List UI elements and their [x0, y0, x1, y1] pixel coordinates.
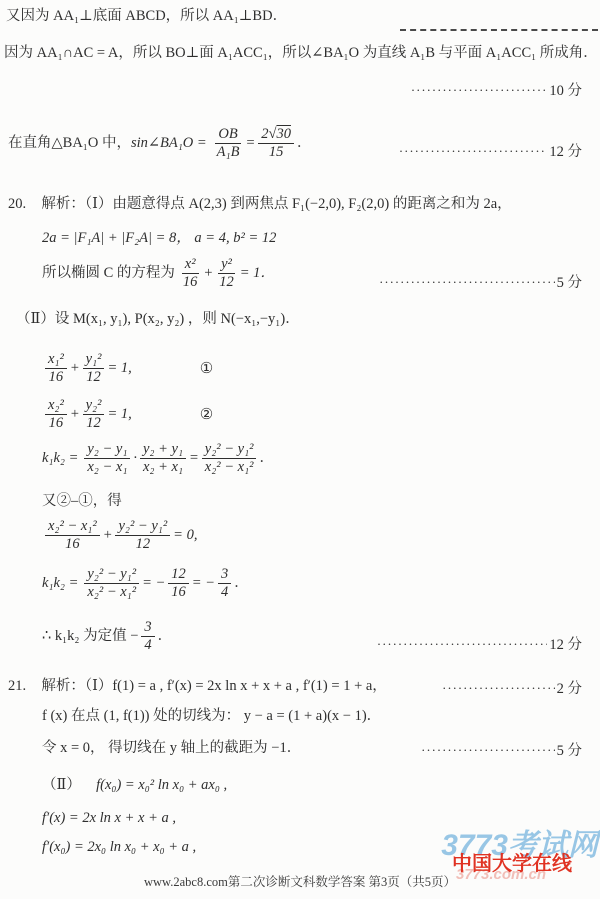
slope-value-line: k₁k₂ = y₂² − y₁² x₂² − x₁² = − 12 16 = −…	[42, 566, 249, 602]
subtract-equations-line: 又②–①，得	[42, 492, 122, 512]
part-label: （Ⅱ）	[42, 777, 81, 793]
sine-formula-line: 在直角△BA₁O 中， sin∠BA₁O = OB A₁B = 2√30 15 …	[8, 126, 311, 162]
score-leader-5: ........................................…	[380, 271, 582, 292]
fraction: y² 12	[216, 256, 237, 292]
text-run: 在直角△BA₁O 中，	[8, 134, 131, 154]
fraction: OB A₁B	[214, 126, 243, 162]
score-label: 12 分	[549, 144, 582, 160]
fraction-denominator: 16	[46, 415, 67, 432]
fraction-numerator: y₂ − y₁	[84, 441, 130, 459]
fraction-numerator: OB	[215, 126, 240, 144]
fraction: 3 4	[218, 566, 231, 602]
score-label: 10 分	[549, 83, 582, 99]
circled-number-2: ②	[200, 405, 213, 425]
fraction-numerator: 12	[168, 566, 189, 584]
circled-number-1: ①	[200, 359, 213, 379]
period: ．	[234, 574, 249, 594]
proof-line-2: 因为 AA₁∩AC = A，所以 BO⊥面 A₁ACC₁，所以∠BA₁O 为直线…	[4, 44, 598, 64]
score-label: 5 分	[557, 743, 582, 759]
equation-1-line: x₁² 16 + y₁² 12 = 1, ①	[42, 351, 213, 387]
fraction-denominator: x₂ − x₁	[84, 459, 130, 476]
score-leader-2: ........................................…	[443, 677, 582, 698]
fraction: y₂² − y₁² 12	[115, 518, 170, 554]
conclusion-line: ∴ k₁k₂ 为定值 − 3 4 ．	[42, 619, 172, 655]
score-leader-5b: ........................................…	[422, 739, 582, 760]
fraction-denominator: 4	[218, 584, 231, 601]
text-run: 所以椭圆 C 的方程为	[42, 264, 175, 284]
part-2-setup-line: （Ⅱ）设 M(x₁, y₁), P(x₂, y₂) ，则 N(−x₁,−y₁)．	[16, 310, 300, 330]
fraction: y₂ + y₁ x₂ + x₁	[140, 441, 186, 477]
problem-number: 21.	[8, 678, 26, 694]
score-leader-12b: ........................................…	[377, 633, 582, 654]
fraction-numerator: x₂²	[45, 397, 67, 415]
problem-number: 20.	[8, 196, 26, 212]
proof-line-1: 又因为 AA₁⊥底面 ABCD，所以 AA₁⊥BD．	[6, 7, 287, 27]
plus-sign: +	[70, 359, 80, 379]
fraction-numerator: y₂² − y₁²	[202, 441, 257, 459]
math-run: k₁k₂ =	[42, 574, 78, 594]
part-2-function-line: （Ⅱ） f(x₀) = x₀² ln x₀ + ax₀ ,	[42, 776, 227, 796]
fraction-denominator: 4	[141, 637, 154, 654]
page-footer: www.2abc8.com第二次诊断文科数学答案 第3页（共5页）	[0, 872, 600, 890]
dot-leader: ........................................…	[411, 79, 547, 95]
math-run: k₁k₂ =	[42, 449, 78, 469]
fraction: y₁² 12	[83, 351, 105, 387]
score-label: 12 分	[549, 637, 582, 653]
equals-zero: = 0,	[173, 526, 197, 546]
period: ．	[158, 627, 173, 647]
fraction-denominator: x₂² − x₁²	[202, 459, 257, 476]
equals-sign: =	[189, 449, 199, 469]
plus-sign: +	[103, 526, 113, 546]
fraction-denominator: 16	[46, 369, 67, 386]
equals-sign: =	[245, 134, 255, 154]
fraction-denominator: 12	[83, 369, 104, 386]
fraction-denominator: 16	[168, 584, 189, 601]
fraction: x₂² − x₁² 16	[45, 518, 100, 554]
fraction-numerator: y²	[218, 256, 235, 274]
equals-one: = 1．	[240, 264, 275, 284]
solution-text: 解析：（Ⅰ）由题意得点 A(2,3) 到两焦点 F₁(−2,0), F₂(2,0…	[41, 196, 511, 212]
fraction-denominator: 12	[133, 536, 154, 553]
fraction-denominator: 15	[266, 144, 287, 161]
equals-minus: = −	[142, 574, 165, 594]
dot-leader: ........................................…	[377, 633, 547, 649]
equation-2a: 2a = |F₁A| + |F₂A| = 8， a = 4, b² = 12	[42, 229, 276, 249]
problem-21-line: 21. 解析：（Ⅰ）f(1) = a , f′(x) = 2x ln x + x…	[8, 677, 387, 697]
dot-leader: ........................................…	[422, 739, 555, 755]
fraction: y₂² 12	[83, 397, 105, 433]
fraction-denominator: x₂ + x₁	[140, 459, 186, 476]
fraction-numerator: y₂² − y₁²	[115, 518, 170, 536]
fraction-numerator: x₁²	[45, 351, 67, 369]
fraction-numerator: y₁²	[83, 351, 105, 369]
score-leader-10: ........................................…	[411, 79, 582, 100]
fraction: y₂² − y₁² x₂² − x₁²	[202, 441, 257, 477]
solution-text: 解析：（Ⅰ）f(1) = a , f′(x) = 2x ln x + x + a…	[41, 678, 386, 694]
tangent-line: f (x) 在点 (1, f(1)) 处的切线为： y − a = (1 + a…	[42, 707, 381, 727]
fraction-denominator: 16	[180, 274, 201, 291]
fraction-numerator: 2√30	[258, 126, 294, 144]
fraction: x₂² 16	[45, 397, 67, 433]
period: ．	[259, 449, 274, 469]
math-run: f(x₀) = x₀² ln x₀ + ax₀ ,	[96, 777, 227, 793]
fraction-denominator: A₁B	[214, 144, 243, 161]
score-leader-12: ........................................…	[399, 140, 582, 161]
problem-20-line: 20. 解析：（Ⅰ）由题意得点 A(2,3) 到两焦点 F₁(−2,0), F₂…	[8, 195, 512, 215]
fraction-numerator: y₂ + y₁	[140, 441, 186, 459]
document-page: 又因为 AA₁⊥底面 ABCD，所以 AA₁⊥BD． 因为 AA₁∩AC = A…	[0, 0, 600, 899]
fraction-numerator: y₂² − y₁²	[84, 566, 139, 584]
dot-leader: ........................................…	[399, 140, 547, 156]
fraction-numerator: 3	[141, 619, 154, 637]
dot-leader: ........................................…	[443, 677, 555, 693]
fraction-denominator: 16	[62, 536, 83, 553]
equation-2-line: x₂² 16 + y₂² 12 = 1, ②	[42, 397, 213, 433]
period: ．	[297, 134, 312, 154]
equals-one: = 1,	[107, 405, 131, 425]
fraction-numerator: x₂² − x₁²	[45, 518, 100, 536]
ellipse-equation-line: 所以椭圆 C 的方程为 x² 16 + y² 12 = 1．	[42, 256, 275, 292]
derivative-line: f′(x) = 2x ln x + x + a ,	[42, 809, 176, 829]
dot-leader: ........................................…	[380, 271, 555, 287]
fraction: x² 16	[180, 256, 201, 292]
dashed-rule	[400, 29, 598, 31]
difference-equation-line: x₂² − x₁² 16 + y₂² − y₁² 12 = 0,	[42, 518, 197, 554]
score-label: 5 分	[557, 275, 582, 291]
equals-minus: = −	[192, 574, 215, 594]
fraction-numerator: y₂²	[83, 397, 105, 415]
multiplication-dot: ·	[133, 449, 137, 469]
radical-prefix: 2√	[261, 126, 276, 142]
text-run: ∴ k₁k₂ 为定值 −	[42, 627, 138, 647]
slope-product-line: k₁k₂ = y₂ − y₁ x₂ − x₁ · y₂ + y₁ x₂ + x₁…	[42, 441, 274, 477]
intercept-line: 令 x = 0， 得切线在 y 轴上的截距为 −1．	[42, 739, 301, 759]
equals-one: = 1,	[107, 359, 131, 379]
fraction: 12 16	[168, 566, 189, 602]
fraction-denominator: x₂² − x₁²	[84, 584, 139, 601]
fraction: 3 4	[141, 619, 154, 655]
fraction-numerator: 3	[218, 566, 231, 584]
fraction: 2√30 15	[258, 126, 294, 162]
fraction: x₁² 16	[45, 351, 67, 387]
plus-sign: +	[70, 405, 80, 425]
fraction-numerator: x²	[182, 256, 199, 274]
fraction: y₂² − y₁² x₂² − x₁²	[84, 566, 139, 602]
fraction-denominator: 12	[216, 274, 237, 291]
derivative-at-x0-line: f′(x₀) = 2x₀ ln x₀ + x₀ + a ,	[42, 838, 196, 858]
plus-sign: +	[203, 264, 213, 284]
radicand: 30	[276, 126, 291, 142]
score-label: 2 分	[557, 681, 582, 697]
fraction: y₂ − y₁ x₂ − x₁	[84, 441, 130, 477]
fraction-denominator: 12	[83, 415, 104, 432]
math-run: sin∠BA₁O =	[131, 134, 207, 154]
